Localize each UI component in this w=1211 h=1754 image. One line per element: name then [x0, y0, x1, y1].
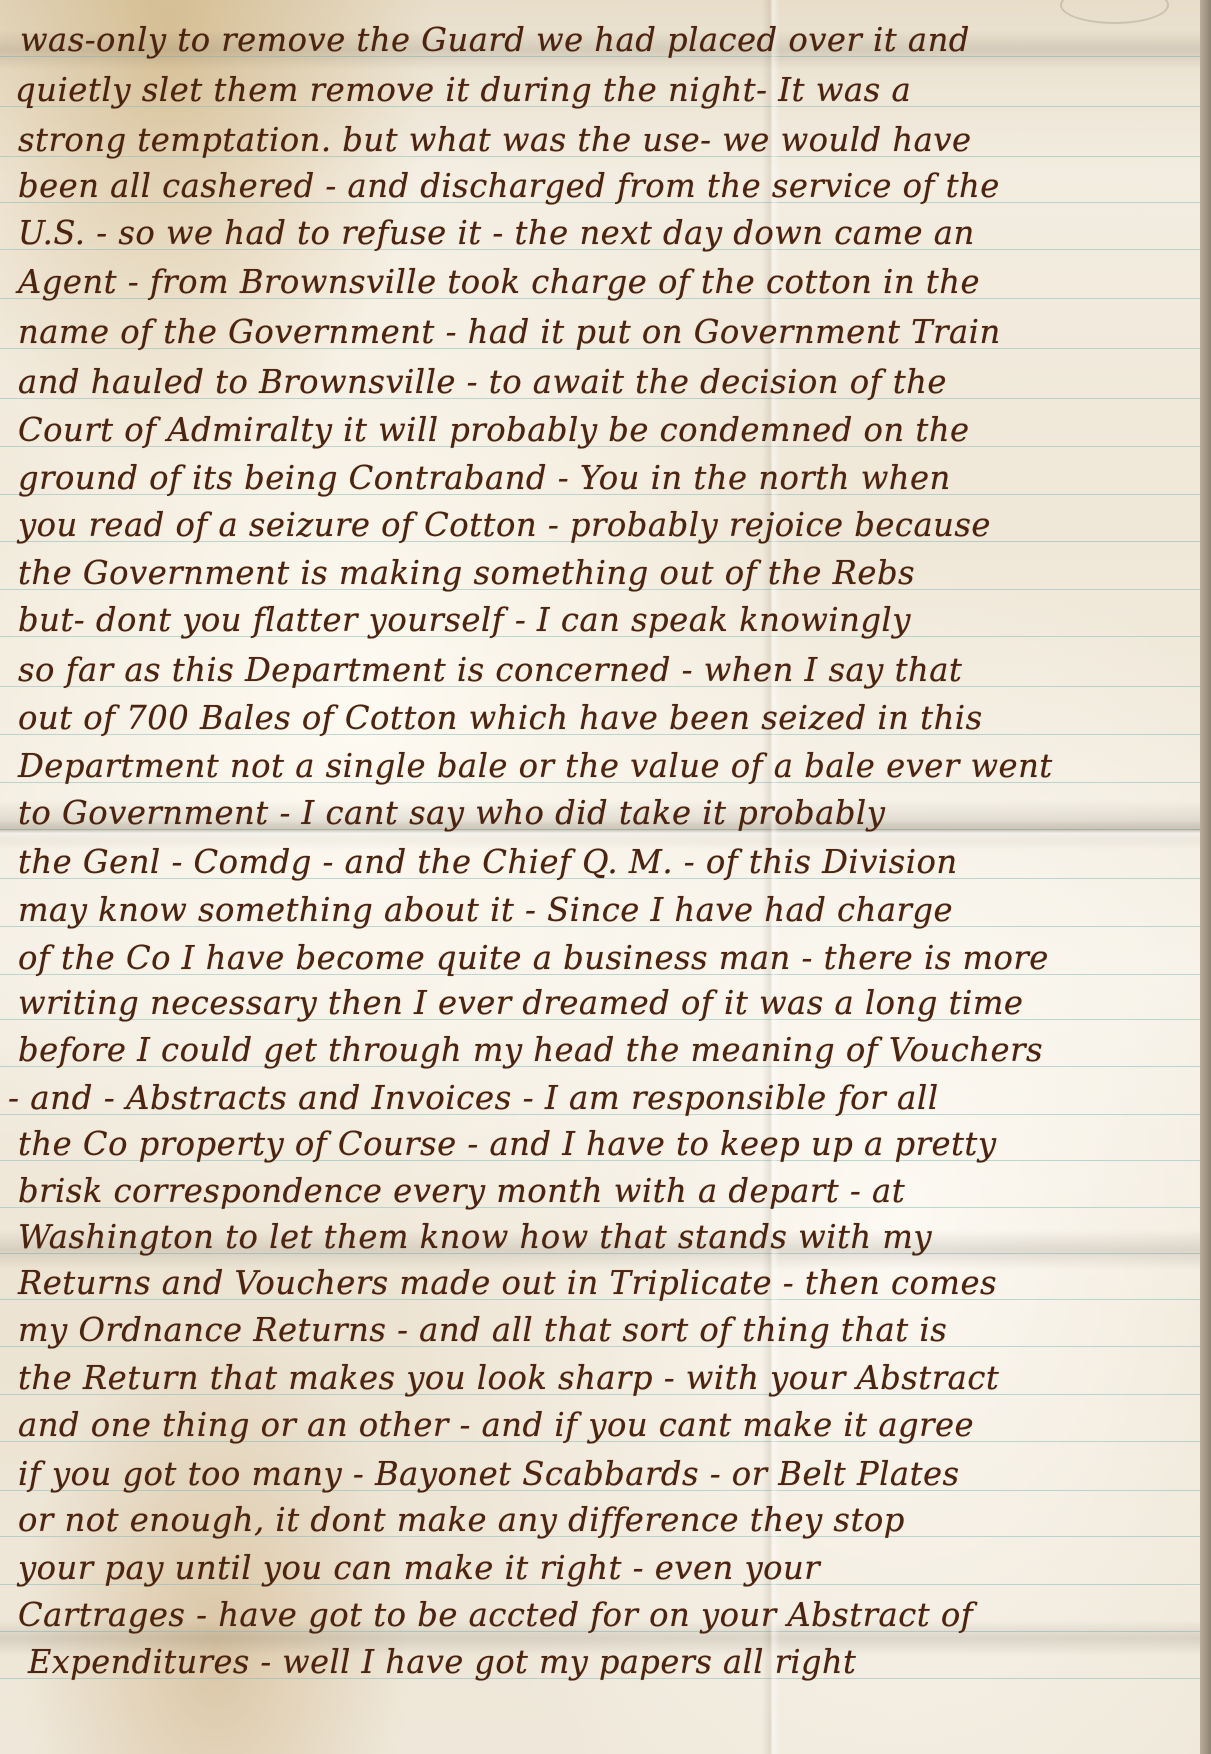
text-line: quietly slet them remove it during the n… [15, 70, 1180, 110]
text-line: the Return that makes you look sharp - w… [18, 1358, 1179, 1398]
text-line: - and - Abstracts and Invoices - I am re… [8, 1078, 1180, 1118]
text-line: Cartrages - have got to be accted for on… [18, 1595, 1179, 1635]
text-line: your pay until you can make it right - e… [18, 1548, 1179, 1588]
text-line: you read of a seizure of Cotton - probab… [18, 505, 1179, 545]
text-line: ground of its being Contraband - You in … [18, 458, 1179, 498]
text-line: if you got too many - Bayonet Scabbards … [18, 1454, 1179, 1494]
text-line: out of 700 Bales of Cotton which have be… [18, 698, 1179, 738]
text-line: the Genl - Comdg - and the Chief Q. M. -… [18, 842, 1179, 882]
text-line: been all cashered - and discharged from … [18, 166, 1179, 206]
text-line: brisk correspondence every month with a … [18, 1171, 1179, 1211]
text-line: or not enough, it dont make any differen… [18, 1500, 1179, 1540]
text-line: Department not a single bale or the valu… [18, 746, 1179, 786]
text-line: Expenditures - well I have got my papers… [28, 1642, 1180, 1682]
text-line: Agent - from Brownsville took charge of … [18, 262, 1179, 302]
text-line: Washington to let them know how that sta… [18, 1217, 1179, 1257]
text-line: Returns and Vouchers made out in Triplic… [18, 1263, 1179, 1303]
text-line: before I could get through my head the m… [18, 1030, 1179, 1070]
text-line: but- dont you flatter yourself - I can s… [18, 600, 1179, 640]
text-line: the Co property of Course - and I have t… [18, 1124, 1179, 1164]
text-line: U.S. - so we had to refuse it - the next… [18, 213, 1179, 253]
letter-page: was-only to remove the Guard we had plac… [0, 0, 1200, 1754]
text-line: my Ordnance Returns - and all that sort … [18, 1310, 1179, 1350]
page-edge [1200, 0, 1211, 1754]
text-line: and one thing or an other - and if you c… [18, 1405, 1179, 1445]
text-line: was-only to remove the Guard we had plac… [20, 20, 1180, 60]
text-line: and hauled to Brownsville - to await the… [18, 362, 1179, 402]
text-line: the Government is making something out o… [18, 553, 1179, 593]
text-line: to Government - I cant say who did take … [18, 793, 1179, 833]
text-line: may know something about it - Since I ha… [18, 890, 1179, 930]
text-line: writing necessary then I ever dreamed of… [18, 983, 1179, 1023]
text-line: Court of Admiralty it will probably be c… [18, 410, 1179, 450]
text-line: of the Co I have become quite a business… [18, 938, 1179, 978]
text-line: strong temptation. but what was the use-… [18, 120, 1179, 160]
text-line: name of the Government - had it put on G… [18, 312, 1179, 352]
text-line: so far as this Department is concerned -… [18, 650, 1179, 690]
